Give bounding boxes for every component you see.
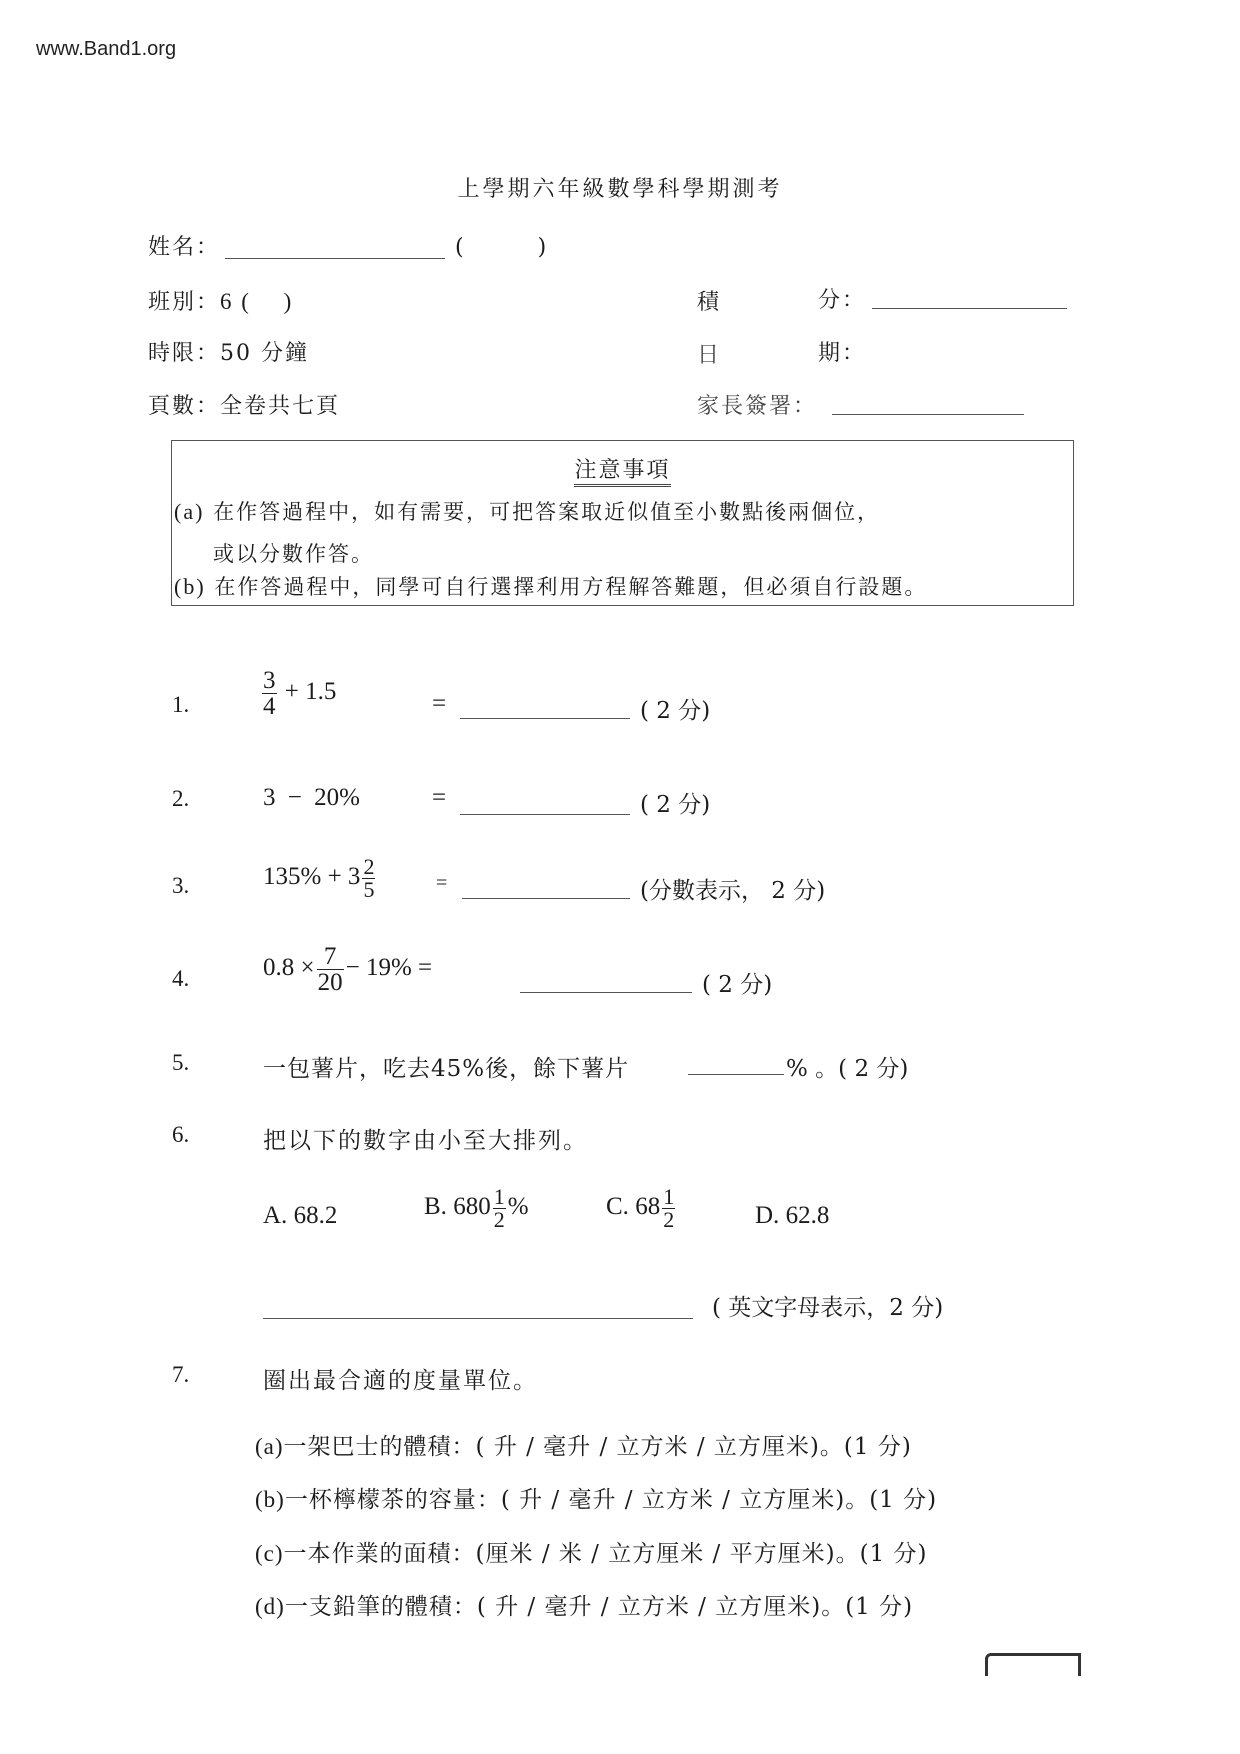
exam-title: 上學期六年級數學科學期測考: [0, 172, 1240, 203]
question-3-answer-line[interactable]: [462, 874, 630, 899]
question-6-marks: ( 英文字母表示，2 分): [712, 1289, 943, 1322]
question-6-answer-line[interactable]: [263, 1294, 693, 1319]
parent-signature-label: 家長簽署：: [697, 389, 817, 420]
question-2-equals: =: [432, 784, 446, 812]
class-field-row: 班別：6 ( ): [148, 283, 293, 316]
question-7a[interactable]: (a)一架巴士的體積：( 升 / 毫升 / 立方米 / 立方厘米)。(1 分): [255, 1428, 912, 1461]
time-limit-row: 時限：50 分鐘: [148, 336, 309, 367]
fraction-2-5: 25: [362, 856, 375, 901]
question-3-equals: =: [436, 872, 447, 895]
question-1-number: 1.: [172, 692, 189, 718]
notice-item-a: (a) 在作答過程中，如有需要，可把答案取近似值至小數點後兩個位，: [174, 496, 880, 526]
option-a: A. 68.2: [263, 1202, 337, 1230]
notice-title: 注意事項: [172, 453, 1073, 484]
fraction-3-4: 34: [262, 668, 277, 719]
question-5-marks: % 。( 2 分): [786, 1050, 908, 1083]
question-6-number: 6.: [172, 1122, 189, 1148]
question-1-answer-line[interactable]: [460, 694, 630, 719]
time-label: 時限：: [148, 341, 220, 366]
pages-value: 全卷共七頁: [220, 394, 340, 419]
site-watermark: www.Band1.org: [36, 38, 176, 61]
name-label: 姓名：: [148, 235, 220, 260]
pages-label: 頁數：: [148, 394, 220, 419]
question-5-number: 5.: [172, 1050, 189, 1076]
notice-item-a-continuation: 或以分數作答。: [213, 538, 374, 568]
score-box: [985, 1653, 1081, 1676]
question-6-text: 把以下的數字由小至大排列。: [263, 1122, 588, 1155]
question-3-expression: 135% + 325: [263, 856, 377, 901]
signature-input-line[interactable]: [832, 396, 1024, 415]
notice-item-b: (b) 在作答過程中，同學可自行選擇利用方程解答難題，但必須自行設題。: [174, 571, 927, 601]
time-value: 50 分鐘: [220, 341, 309, 366]
fraction-7-20: 720: [317, 944, 344, 995]
question-7-text: 圈出最合適的度量單位。: [263, 1362, 538, 1395]
question-1-equals: =: [432, 690, 446, 718]
question-2-answer-line[interactable]: [460, 790, 630, 815]
question-4-number: 4.: [172, 966, 189, 992]
name-field-row: 姓名：: [148, 230, 220, 261]
option-d: D. 62.8: [755, 1202, 829, 1230]
question-3-number: 3.: [172, 873, 189, 899]
question-4-marks: ( 2 分): [702, 966, 772, 999]
name-input-line[interactable]: [225, 236, 445, 259]
pages-row: 頁數：全卷共七頁: [148, 389, 340, 420]
question-2-number: 2.: [172, 786, 189, 812]
class-number-paren: ( ): [455, 230, 548, 261]
question-1-expression: 34 + 1.5: [260, 668, 336, 719]
date-label-1: 日: [697, 338, 721, 369]
score-label-2: 分：: [818, 283, 866, 314]
score-label-1: 積: [697, 285, 721, 316]
question-7d[interactable]: (d)一支鉛筆的體積：( 升 / 毫升 / 立方米 / 立方厘米)。(1 分): [255, 1588, 913, 1621]
option-c: C. 6812: [606, 1186, 677, 1231]
question-3-marks: (分數表示， 2 分): [640, 872, 825, 905]
question-4-expression: 0.8 ×720− 19% =: [263, 944, 432, 995]
question-7c[interactable]: (c)一本作業的面積：(厘米 / 米 / 立方厘米 / 平方厘米)。(1 分): [255, 1535, 927, 1568]
question-7-number: 7.: [172, 1362, 189, 1388]
question-4-answer-line[interactable]: [520, 968, 692, 993]
score-input-line[interactable]: [872, 290, 1067, 309]
option-b: B. 68012%: [424, 1186, 529, 1231]
question-5-text: 一包薯片，吃去45%後，餘下薯片: [263, 1050, 629, 1083]
class-value: 6 ( ): [220, 289, 293, 314]
class-label: 班別：: [148, 290, 220, 315]
question-2-marks: ( 2 分): [640, 786, 710, 819]
date-label-2: 期：: [818, 336, 866, 367]
question-5-answer-line[interactable]: [688, 1050, 784, 1075]
question-2-expression: 3 − 20%: [263, 784, 360, 812]
notice-box: 注意事項 (a) 在作答過程中，如有需要，可把答案取近似值至小數點後兩個位， 或…: [171, 440, 1074, 606]
question-1-marks: ( 2 分): [640, 692, 710, 725]
question-7b[interactable]: (b)一杯檸檬茶的容量：( 升 / 毫升 / 立方米 / 立方厘米)。(1 分): [255, 1481, 937, 1514]
